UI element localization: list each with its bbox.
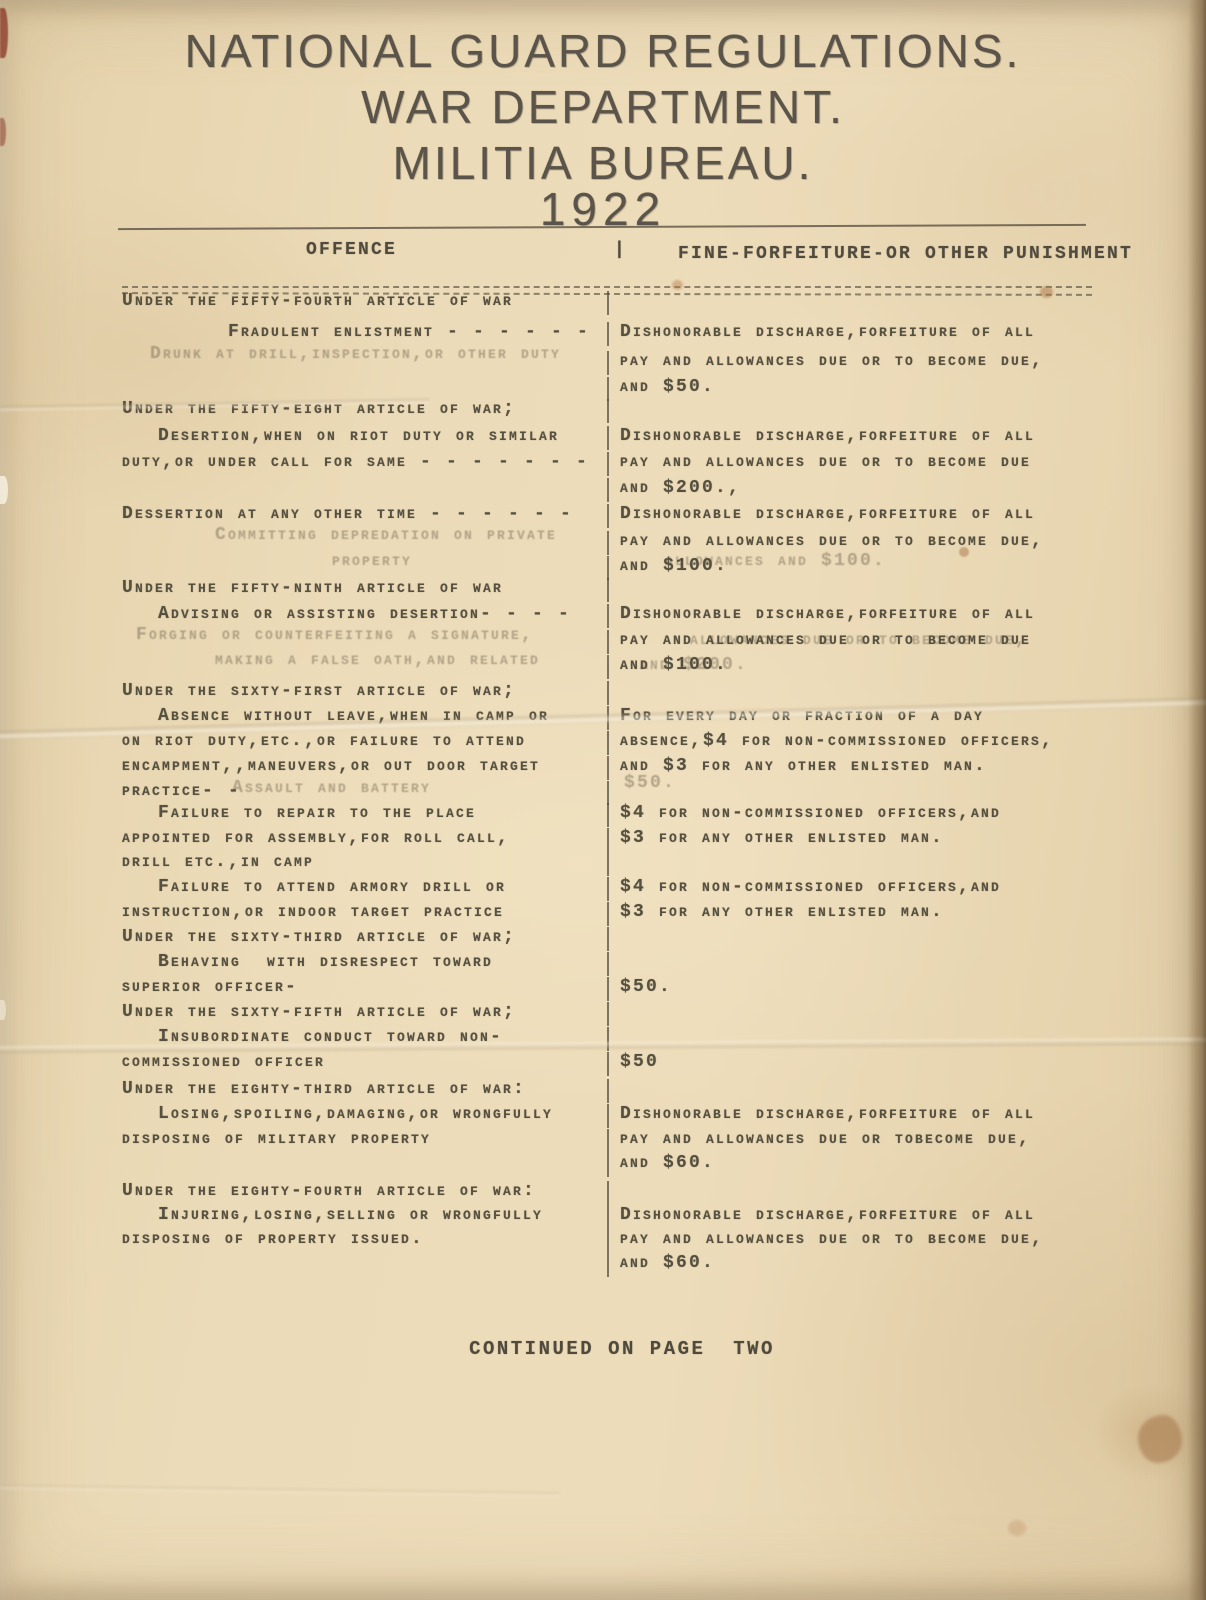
- punishment-text: $3 for any other enlisted man.: [620, 828, 944, 848]
- offence-text: appointed for assembly,for roll call,: [122, 828, 510, 848]
- table-row: Desertion,when on riot duty or similarDi…: [0, 426, 1206, 452]
- offence-text: Failure to repair to the place: [158, 803, 476, 823]
- offence-text: Injuring,losing,selling or wrongfully: [158, 1205, 543, 1225]
- column-divider-mark: [607, 952, 609, 976]
- column-divider-mark: [607, 681, 609, 705]
- table-row: Under the sixty-third article of war;: [0, 927, 1206, 953]
- table-row: Losing,spoiling,damaging,or wrongfullyDi…: [0, 1104, 1206, 1130]
- table-row: Under the sixty-first article of war;: [0, 681, 1206, 707]
- column-divider-mark: [607, 1181, 609, 1205]
- offence-text: on riot duty,etc.,or failure to attend: [122, 731, 526, 751]
- table-row: commissioned officer$50: [0, 1052, 1206, 1078]
- column-divider-mark: [607, 426, 609, 450]
- column-divider-mark: [607, 902, 609, 926]
- column-divider-mark: [607, 1104, 609, 1128]
- table-row: appointed for assembly,for roll call,$3 …: [0, 828, 1206, 854]
- column-divider-mark: [607, 852, 609, 876]
- punishment-text: pay and allowances due or tobecome due,: [620, 1129, 1031, 1149]
- table-row: Under the fifty-fourth article of war: [0, 291, 1206, 317]
- punishment-text: $4 for non-commissioned officers,and: [620, 877, 1001, 897]
- offence-text: superior officer-: [122, 977, 298, 997]
- column-divider-mark: [607, 1002, 609, 1026]
- punishment-text: Dishonorable discharge,forfeiture of all: [620, 504, 1035, 524]
- offence-text: Under the sixty-first article of war;: [122, 681, 516, 701]
- punishment-text: $4 for non-commissioned officers,and: [620, 803, 1001, 823]
- punishment-text: pay and allowances due or to become due: [620, 452, 1031, 472]
- offence-text: Dessertion at any other time - - - - - -: [122, 504, 573, 524]
- punishment-text: Dishonorable discharge,forfeiture of all: [620, 322, 1035, 342]
- table-row: pay and allowances due or to become due,: [0, 531, 1206, 557]
- offence-text: instruction,or indoor target practice: [122, 902, 504, 922]
- column-divider-mark: [607, 604, 609, 628]
- punishment-text: $50.: [620, 977, 672, 997]
- column-divider-mark: [607, 478, 609, 502]
- table-row: superior officer-$50.: [0, 977, 1206, 1003]
- table-row: and $100.: [0, 655, 1206, 681]
- column-divider-mark: [607, 756, 609, 780]
- column-divider-mark: [607, 803, 609, 827]
- table-row: pay and allowances due or to become due: [0, 630, 1206, 656]
- offence-text: duty,or under call for same - - - - - - …: [122, 452, 589, 472]
- punishment-text: and $60.: [620, 1253, 715, 1273]
- column-divider-mark: [607, 706, 609, 730]
- offence-text: Under the eighty-third article of war:: [122, 1079, 526, 1099]
- table-row: on riot duty,etc.,or failure to attendab…: [0, 731, 1206, 757]
- column-divider-mark: [607, 927, 609, 951]
- column-divider-mark: [607, 377, 609, 401]
- punishment-text: Dishonorable discharge,forfeiture of all: [620, 1205, 1035, 1225]
- edge-notch: [0, 1000, 6, 1020]
- column-divider-mark: [607, 322, 609, 346]
- table-row: Under the sixty-fifth article of war;: [0, 1002, 1206, 1028]
- offence-text: Fradulent enlistment - - - - - -: [228, 322, 590, 342]
- table-row: disposing of property issued.pay and all…: [0, 1229, 1206, 1255]
- offence-text: encampment,,maneuvers,or out door target: [122, 756, 540, 776]
- edge-notch: [0, 476, 8, 504]
- regulations-rows: Under the fifty-fourth article of warFra…: [0, 0, 1206, 1600]
- paper-right-edge-shadow: [1188, 0, 1206, 1600]
- column-divider-mark: [607, 1153, 609, 1177]
- punishment-text: For every day or fraction of a day: [620, 706, 984, 726]
- offence-text: Under the fifty-fourth article of war: [122, 291, 513, 311]
- table-row: and $60.: [0, 1253, 1206, 1279]
- edge-mark: [0, 8, 8, 58]
- column-divider-mark: [607, 1129, 609, 1153]
- punishment-text: pay and allowances due or to become due: [620, 630, 1031, 650]
- punishment-text: and $100.: [620, 655, 728, 675]
- table-row: Insubordinate conduct toward non-: [0, 1027, 1206, 1053]
- offence-text: Under the fifty-eight article of war;: [122, 399, 516, 419]
- offence-text: Under the fifty-ninth article of war: [122, 578, 503, 598]
- table-row: Fradulent enlistment - - - - - -Dishonor…: [0, 322, 1206, 348]
- punishment-text: and $3 for any other enlisted man.: [620, 756, 987, 776]
- table-row: Under the eighty-third article of war:: [0, 1079, 1206, 1105]
- punishment-text: and $60.: [620, 1153, 715, 1173]
- punishment-text: and $200.,: [620, 478, 741, 498]
- punishment-text: pay and allowances due or to become due,: [620, 531, 1044, 551]
- column-divider-mark: [607, 655, 609, 679]
- table-row: Under the eighty-fourth article of war:: [0, 1181, 1206, 1207]
- table-row: instruction,or indoor target practice$3 …: [0, 902, 1206, 928]
- offence-text: disposing of property issued.: [122, 1229, 424, 1249]
- table-row: duty,or under call for same - - - - - - …: [0, 452, 1206, 478]
- punishment-text: Dishonorable discharge,forfeiture of all: [620, 426, 1035, 446]
- column-divider-mark: [607, 399, 609, 423]
- column-divider-mark: [607, 578, 609, 602]
- offence-text: Under the sixty-third article of war;: [122, 927, 516, 947]
- offence-text: Losing,spoiling,damaging,or wrongfully: [158, 1104, 553, 1124]
- column-divider-mark: [607, 531, 609, 555]
- continued-note: CONTINUED ON PAGE TWO: [469, 1338, 775, 1360]
- punishment-text: $50: [620, 1052, 659, 1072]
- table-row: Under the fifty-eight article of war;: [0, 399, 1206, 425]
- punishment-text: and $50.: [620, 377, 715, 397]
- offence-text: practice- -: [122, 781, 241, 801]
- document-page: NATIONAL GUARD REGULATIONS. WAR DEPARTME…: [0, 0, 1206, 1600]
- punishment-text: Dishonorable discharge,forfeiture of all: [620, 604, 1035, 624]
- column-divider-mark: [607, 1205, 609, 1229]
- column-divider-mark: [607, 291, 609, 315]
- table-row: Advising or assisting desertion- - - -Di…: [0, 604, 1206, 630]
- column-divider-mark: [607, 351, 609, 375]
- table-row: Injuring,losing,selling or wrongfullyDis…: [0, 1205, 1206, 1231]
- column-divider-mark: [607, 1027, 609, 1051]
- table-row: Absence without leave,when in camp orFor…: [0, 706, 1206, 732]
- punishment-text: pay and allowances due or to become due,: [620, 1229, 1044, 1249]
- column-divider-mark: [607, 452, 609, 476]
- table-row: Failure to attend armory drill or$4 for …: [0, 877, 1206, 903]
- offence-text: Failure to attend armory drill or: [158, 877, 506, 897]
- offence-text: disposing of military property: [122, 1129, 431, 1149]
- column-divider-mark: [607, 1079, 609, 1103]
- offence-text: Under the sixty-fifth article of war;: [122, 1002, 516, 1022]
- column-divider-mark: [607, 504, 609, 528]
- table-row: pay and allowances due or to become due,: [0, 351, 1206, 377]
- table-row: drill etc.,in camp: [0, 852, 1206, 878]
- column-divider-mark: [607, 1052, 609, 1076]
- offence-text: Under the eighty-fourth article of war:: [122, 1181, 536, 1201]
- offence-text: Absence without leave,when in camp or: [158, 706, 549, 726]
- offence-text: drill etc.,in camp: [122, 852, 314, 872]
- table-row: encampment,,maneuvers,or out door target…: [0, 756, 1206, 782]
- column-divider-mark: [607, 977, 609, 1001]
- edge-mark: [0, 118, 6, 146]
- column-divider-mark: [607, 731, 609, 755]
- punishment-text: absence,$4 for non-commissioned officers…: [620, 731, 1054, 751]
- table-row: and $60.: [0, 1153, 1206, 1179]
- column-divider-mark: [607, 1229, 609, 1253]
- column-divider-mark: [607, 556, 609, 580]
- offence-text: Behaving with disrespect toward: [158, 952, 493, 972]
- table-row: Under the fifty-ninth article of war: [0, 578, 1206, 604]
- table-row: and $200.,: [0, 478, 1206, 504]
- column-divider-mark: [607, 630, 609, 654]
- punishment-text: $3 for any other enlisted man.: [620, 902, 944, 922]
- offence-text: Desertion,when on riot duty or similar: [158, 426, 559, 446]
- offence-text: Insubordinate conduct toward non-: [158, 1027, 503, 1047]
- punishment-text: pay and allowances due or to become due,: [620, 351, 1044, 371]
- table-row: Dessertion at any other time - - - - - -…: [0, 504, 1206, 530]
- column-divider-mark: [607, 828, 609, 852]
- column-divider-mark: [607, 1253, 609, 1277]
- punishment-text: Dishonorable discharge,forfeiture of all: [620, 1104, 1035, 1124]
- column-divider-mark: [607, 877, 609, 901]
- table-row: disposing of military propertypay and al…: [0, 1129, 1206, 1155]
- offence-text: commissioned officer: [122, 1052, 325, 1072]
- punishment-text: and $100.: [620, 556, 728, 576]
- table-row: Behaving with disrespect toward: [0, 952, 1206, 978]
- column-divider-mark: [607, 781, 609, 805]
- offence-text: Advising or assisting desertion- - - -: [158, 604, 571, 624]
- table-row: Failure to repair to the place$4 for non…: [0, 803, 1206, 829]
